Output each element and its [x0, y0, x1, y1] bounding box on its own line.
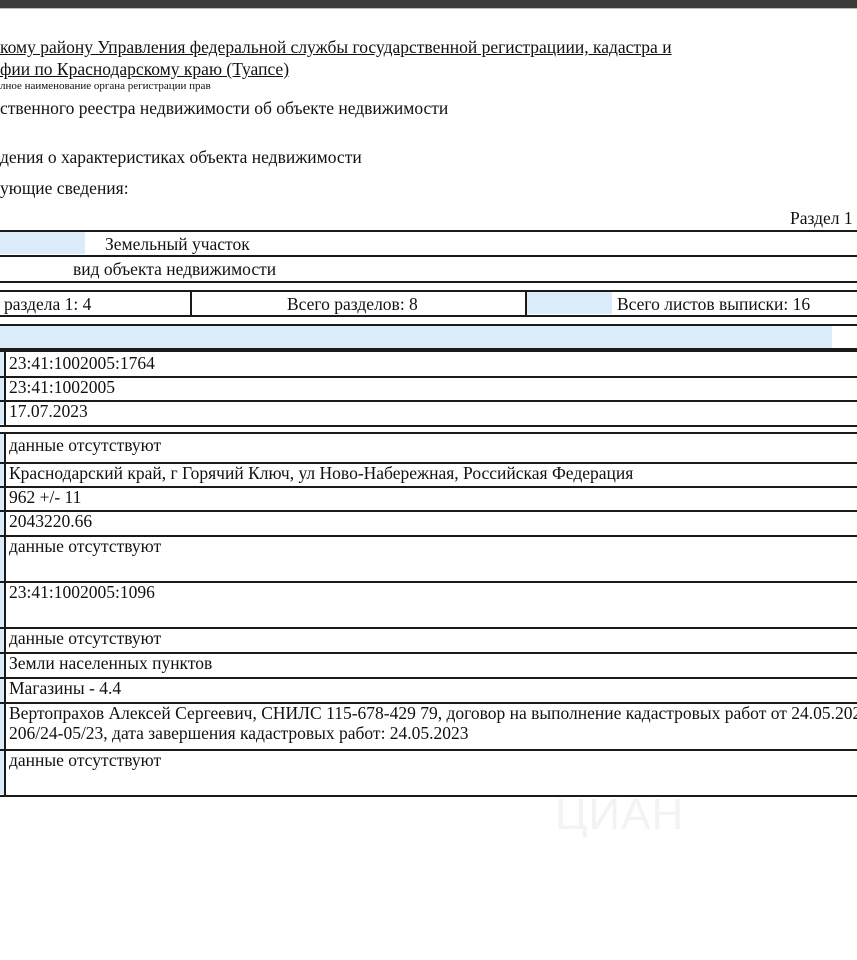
- rule: [0, 350, 857, 352]
- field-cadastral_quarter: 23:41:1002005: [9, 377, 115, 397]
- highlight-band: [0, 434, 4, 794]
- viewer-top-bar: [0, 0, 857, 9]
- authority-caption: лное наименование органа регистрации пра…: [0, 80, 211, 93]
- authority-line-1: кому району Управления федеральной служб…: [0, 37, 672, 57]
- watermark-logo: ЦИАН: [555, 790, 684, 840]
- sheet-of-section: раздела 1: 4: [4, 294, 91, 314]
- highlight-band: [0, 326, 832, 348]
- object-type-caption: вид объекта недвижимости: [73, 259, 276, 279]
- field-cadastral_value: 2043220.66: [9, 511, 92, 531]
- rule: [0, 315, 857, 317]
- field-permitted_use: Магазины - 4.4: [9, 678, 121, 698]
- divider: [4, 350, 6, 426]
- rule: [0, 432, 857, 434]
- field-assignment_date: 17.07.2023: [9, 401, 88, 421]
- object-type-value: Земельный участок: [105, 234, 250, 254]
- total-sheets: Всего листов выписки: 16: [617, 294, 810, 314]
- section-label: Раздел 1: [790, 208, 853, 228]
- rule: [0, 290, 857, 292]
- field-cadastral_number: 23:41:1002005:1764: [9, 353, 155, 373]
- field-objects_within: данные отсутствуют: [9, 536, 161, 556]
- rule: [0, 400, 857, 402]
- rule: [0, 795, 857, 797]
- total-sections: Всего разделов: 8: [287, 294, 418, 314]
- rule: [0, 230, 857, 232]
- field-address: Краснодарский край, г Горячий Ключ, ул Н…: [9, 463, 633, 483]
- section-title: дения о характеристиках объекта недвижим…: [0, 147, 362, 167]
- rule: [0, 425, 857, 427]
- rule: [0, 281, 857, 283]
- highlight-band: [0, 232, 85, 254]
- highlight-band: [0, 352, 4, 424]
- rule: [0, 255, 857, 257]
- authority-line-2: фии по Краснодарскому краю (Туапсе): [0, 59, 289, 79]
- field-source_parcel: 23:41:1002005:1096: [9, 582, 155, 602]
- rule: [0, 510, 857, 512]
- divider: [190, 290, 192, 316]
- field-other_info: данные отсутствуют: [9, 750, 161, 770]
- field-previous_number: данные отсутствуют: [9, 435, 161, 455]
- field-formed_parcels: данные отсутствуют: [9, 628, 161, 648]
- field-land_category: Земли населенных пунктов: [9, 653, 212, 673]
- rule: [0, 376, 857, 378]
- field-cadastral_engineer: Вертопрахов Алексей Сергеевич, СНИЛС 115…: [9, 703, 857, 743]
- following-info-label: ующие сведения:: [0, 178, 129, 198]
- highlight-band: [527, 292, 612, 314]
- divider: [525, 290, 527, 316]
- rule: [0, 486, 857, 488]
- extract-title: ственного реестра недвижимости об объект…: [0, 98, 448, 118]
- rule: [0, 677, 857, 679]
- field-area: 962 +/- 11: [9, 487, 81, 507]
